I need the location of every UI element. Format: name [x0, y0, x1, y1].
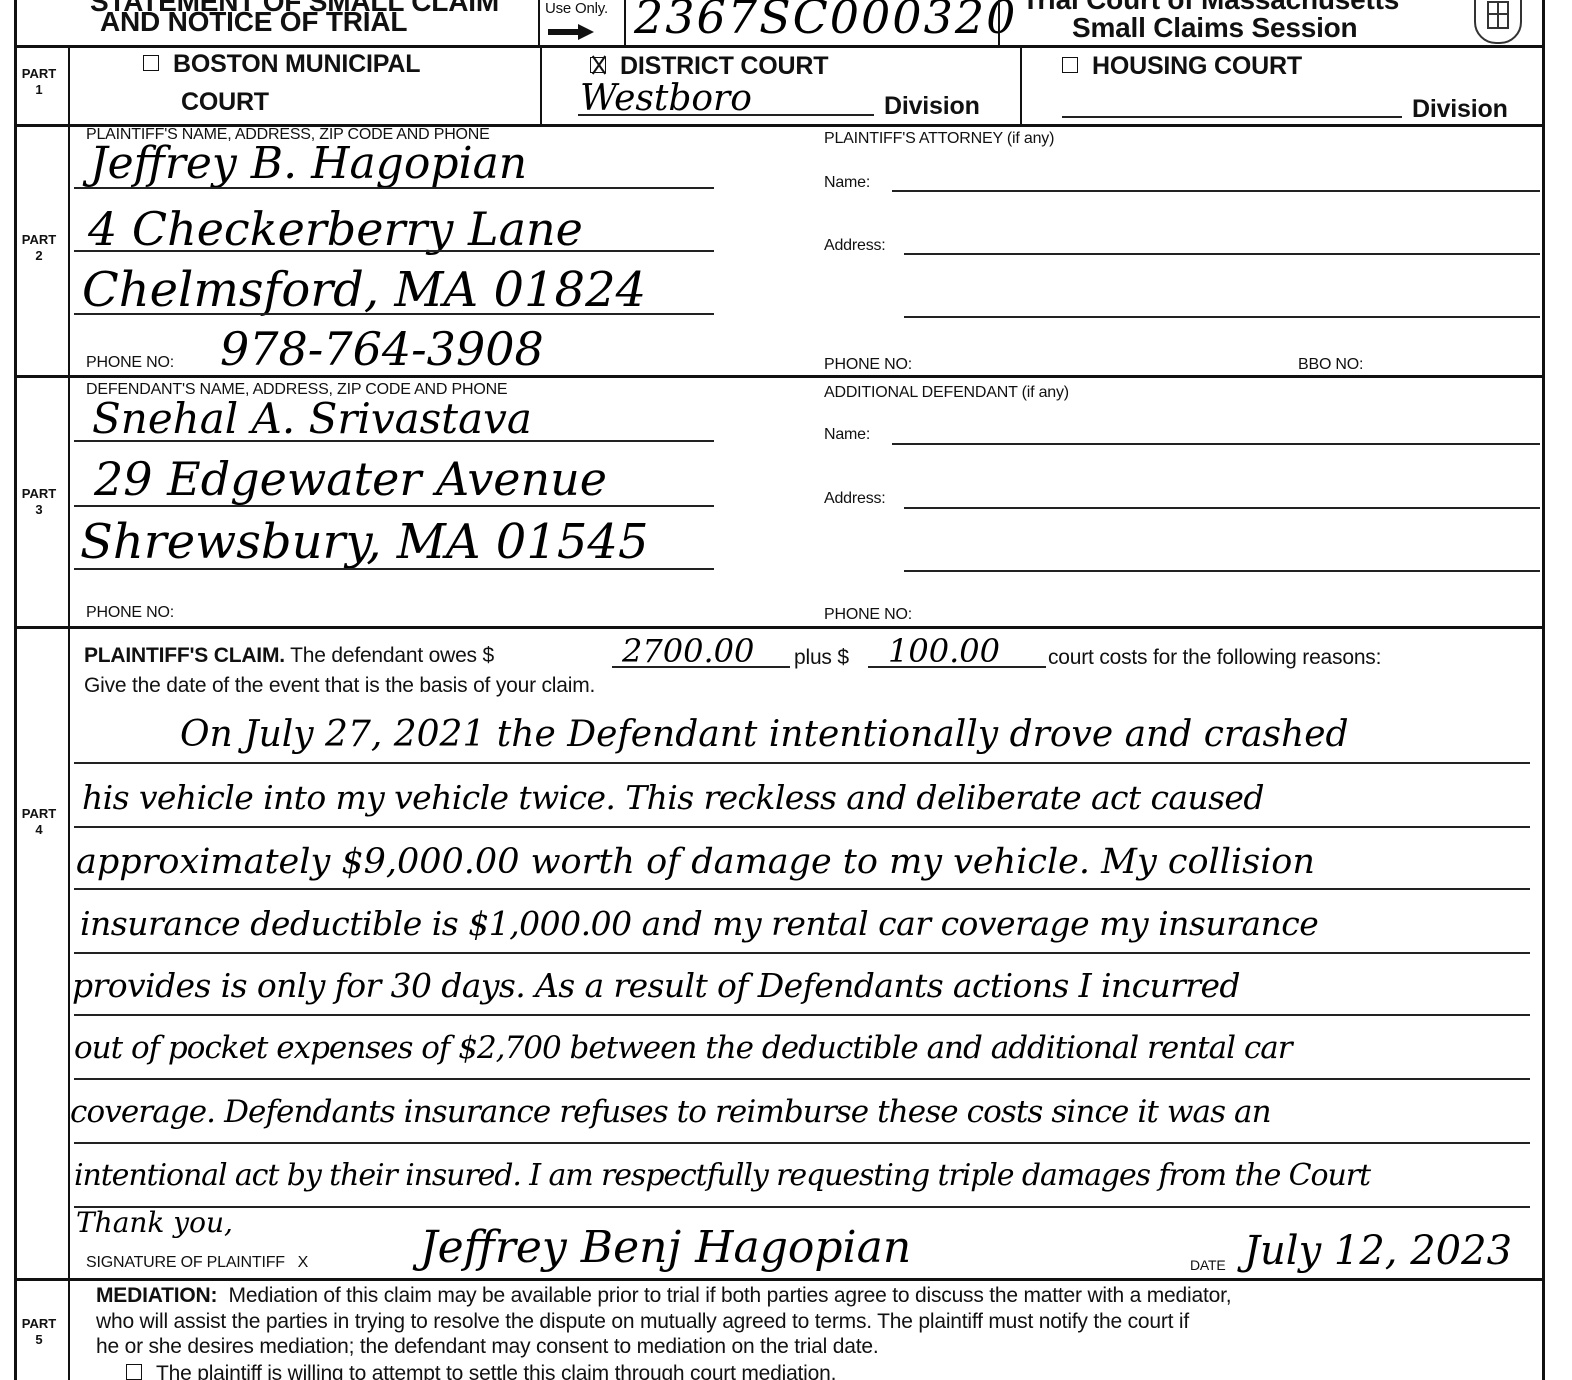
mediation-text-line1: MEDIATION: Mediation of this claim may b…: [96, 1284, 1231, 1308]
claim-closing: Thank you,: [76, 1206, 233, 1239]
part5-label: PART 5: [14, 1316, 64, 1348]
boston-municipal-court-label-line2: COURT: [181, 88, 269, 117]
claim-reason-line: out of pocket expenses of $2,700 between…: [74, 1030, 1292, 1066]
attorney-name-label: Name:: [824, 174, 870, 192]
mediation-text-line2: who will assist the parties in trying to…: [96, 1310, 1189, 1334]
defendant-address-line1[interactable]: 29 Edgewater Avenue: [94, 452, 607, 506]
claim-reason-line: insurance deductible is $1,000.00 and my…: [80, 904, 1318, 943]
court-name-line2: Small Claims Session: [1072, 12, 1357, 44]
defendant-name[interactable]: Snehal A. Srivastava: [92, 394, 532, 443]
additional-defendant-phone-label: PHONE NO:: [824, 606, 912, 624]
court-costs-amount[interactable]: 100.00: [888, 632, 1000, 670]
additional-defendant-header: ADDITIONAL DEFENDANT (if any): [824, 384, 1069, 402]
mediation-checkbox[interactable]: [126, 1364, 142, 1380]
claim-reason-line: his vehicle into my vehicle twice. This …: [82, 778, 1264, 817]
attorney-address-label: Address:: [824, 237, 886, 255]
defendant-phone-label: PHONE NO:: [86, 604, 174, 622]
plaintiff-address-line1[interactable]: 4 Checkerberry Lane: [88, 202, 583, 256]
claim-reason-line: provides is only for 30 days. As a resul…: [72, 966, 1240, 1005]
claim-reason-line: coverage. Defendants insurance refuses t…: [70, 1094, 1271, 1130]
massachusetts-seal-icon: [1474, 0, 1522, 44]
additional-defendant-address-field[interactable]: [904, 507, 1540, 509]
use-only-label: Use Only.: [545, 0, 608, 17]
part4-label: PART 4: [14, 806, 64, 838]
attorney-bbo-label: BBO NO:: [1298, 356, 1363, 374]
plaintiff-phone[interactable]: 978-764-3908: [220, 322, 544, 376]
court-costs-label: court costs for the following reasons:: [1048, 646, 1381, 670]
form-left-border: [14, 0, 17, 1380]
claim-instruction: Give the date of the event that is the b…: [84, 674, 595, 698]
defendant-address-line2[interactable]: Shrewsbury, MA 01545: [80, 514, 648, 570]
amount-owed[interactable]: 2700.00: [622, 632, 754, 670]
attorney-phone-label: PHONE NO:: [824, 356, 912, 374]
housing-division-field[interactable]: [1062, 116, 1402, 118]
plaintiff-address-line2[interactable]: Chelmsford, MA 01824: [82, 262, 646, 318]
housing-court-checkbox[interactable]: [1062, 57, 1078, 73]
claim-reason-line: approximately $9,000.00 worth of damage …: [76, 842, 1315, 882]
attorney-address-field-2[interactable]: [904, 316, 1540, 318]
docket-number: 2367SC000320: [634, 0, 1017, 44]
plaintiff-signature[interactable]: Jeffrey Benj Hagopian: [420, 1222, 911, 1273]
district-court-option[interactable]: DISTRICT COURT: [590, 52, 828, 81]
attorney-header: PLAINTIFF'S ATTORNEY (if any): [824, 130, 1054, 148]
date-label: DATE: [1190, 1257, 1226, 1273]
attorney-address-field[interactable]: [904, 253, 1540, 255]
plaintiff-phone-label: PHONE NO:: [86, 354, 174, 372]
signature-label: SIGNATURE OF PLAINTIFF X: [86, 1254, 308, 1272]
form-title-line2: AND NOTICE OF TRIAL: [100, 6, 407, 38]
housing-division-label: Division: [1412, 95, 1508, 124]
form-right-border: [1542, 0, 1545, 1380]
claim-statement: PLAINTIFF'S CLAIM. The defendant owes $: [84, 644, 494, 668]
part2-label: PART 2: [14, 232, 64, 264]
additional-defendant-name-field[interactable]: [892, 443, 1540, 445]
additional-defendant-name-label: Name:: [824, 426, 870, 444]
plus-label: plus $: [794, 646, 849, 670]
mediation-option[interactable]: The plaintiff is willing to attempt to s…: [126, 1362, 836, 1380]
part3-label: PART 3: [14, 486, 64, 518]
housing-court-option[interactable]: HOUSING COURT: [1062, 52, 1302, 81]
district-court-checkbox-checked[interactable]: [590, 57, 606, 73]
additional-defendant-address-field-2[interactable]: [904, 570, 1540, 572]
additional-defendant-address-label: Address:: [824, 490, 886, 508]
claim-reason-line: intentional act by their insured. I am r…: [74, 1158, 1370, 1193]
claim-reason-line: On July 27, 2021 the Defendant intention…: [180, 714, 1349, 755]
signature-date[interactable]: July 12, 2023: [1244, 1228, 1512, 1274]
district-division-label: Division: [884, 92, 980, 121]
part1-label: PART 1: [14, 66, 64, 98]
right-arrow-icon: [548, 24, 594, 45]
boston-municipal-court-option[interactable]: BOSTON MUNICIPAL: [143, 50, 420, 79]
boston-municipal-checkbox[interactable]: [143, 55, 159, 71]
district-division-value[interactable]: Westboro: [580, 78, 752, 119]
attorney-name-field[interactable]: [892, 190, 1540, 192]
header-divider: [14, 45, 1545, 48]
plaintiff-name[interactable]: Jeffrey B. Hagopian: [90, 138, 527, 189]
mediation-text-line3: he or she desires mediation; the defenda…: [96, 1335, 878, 1359]
